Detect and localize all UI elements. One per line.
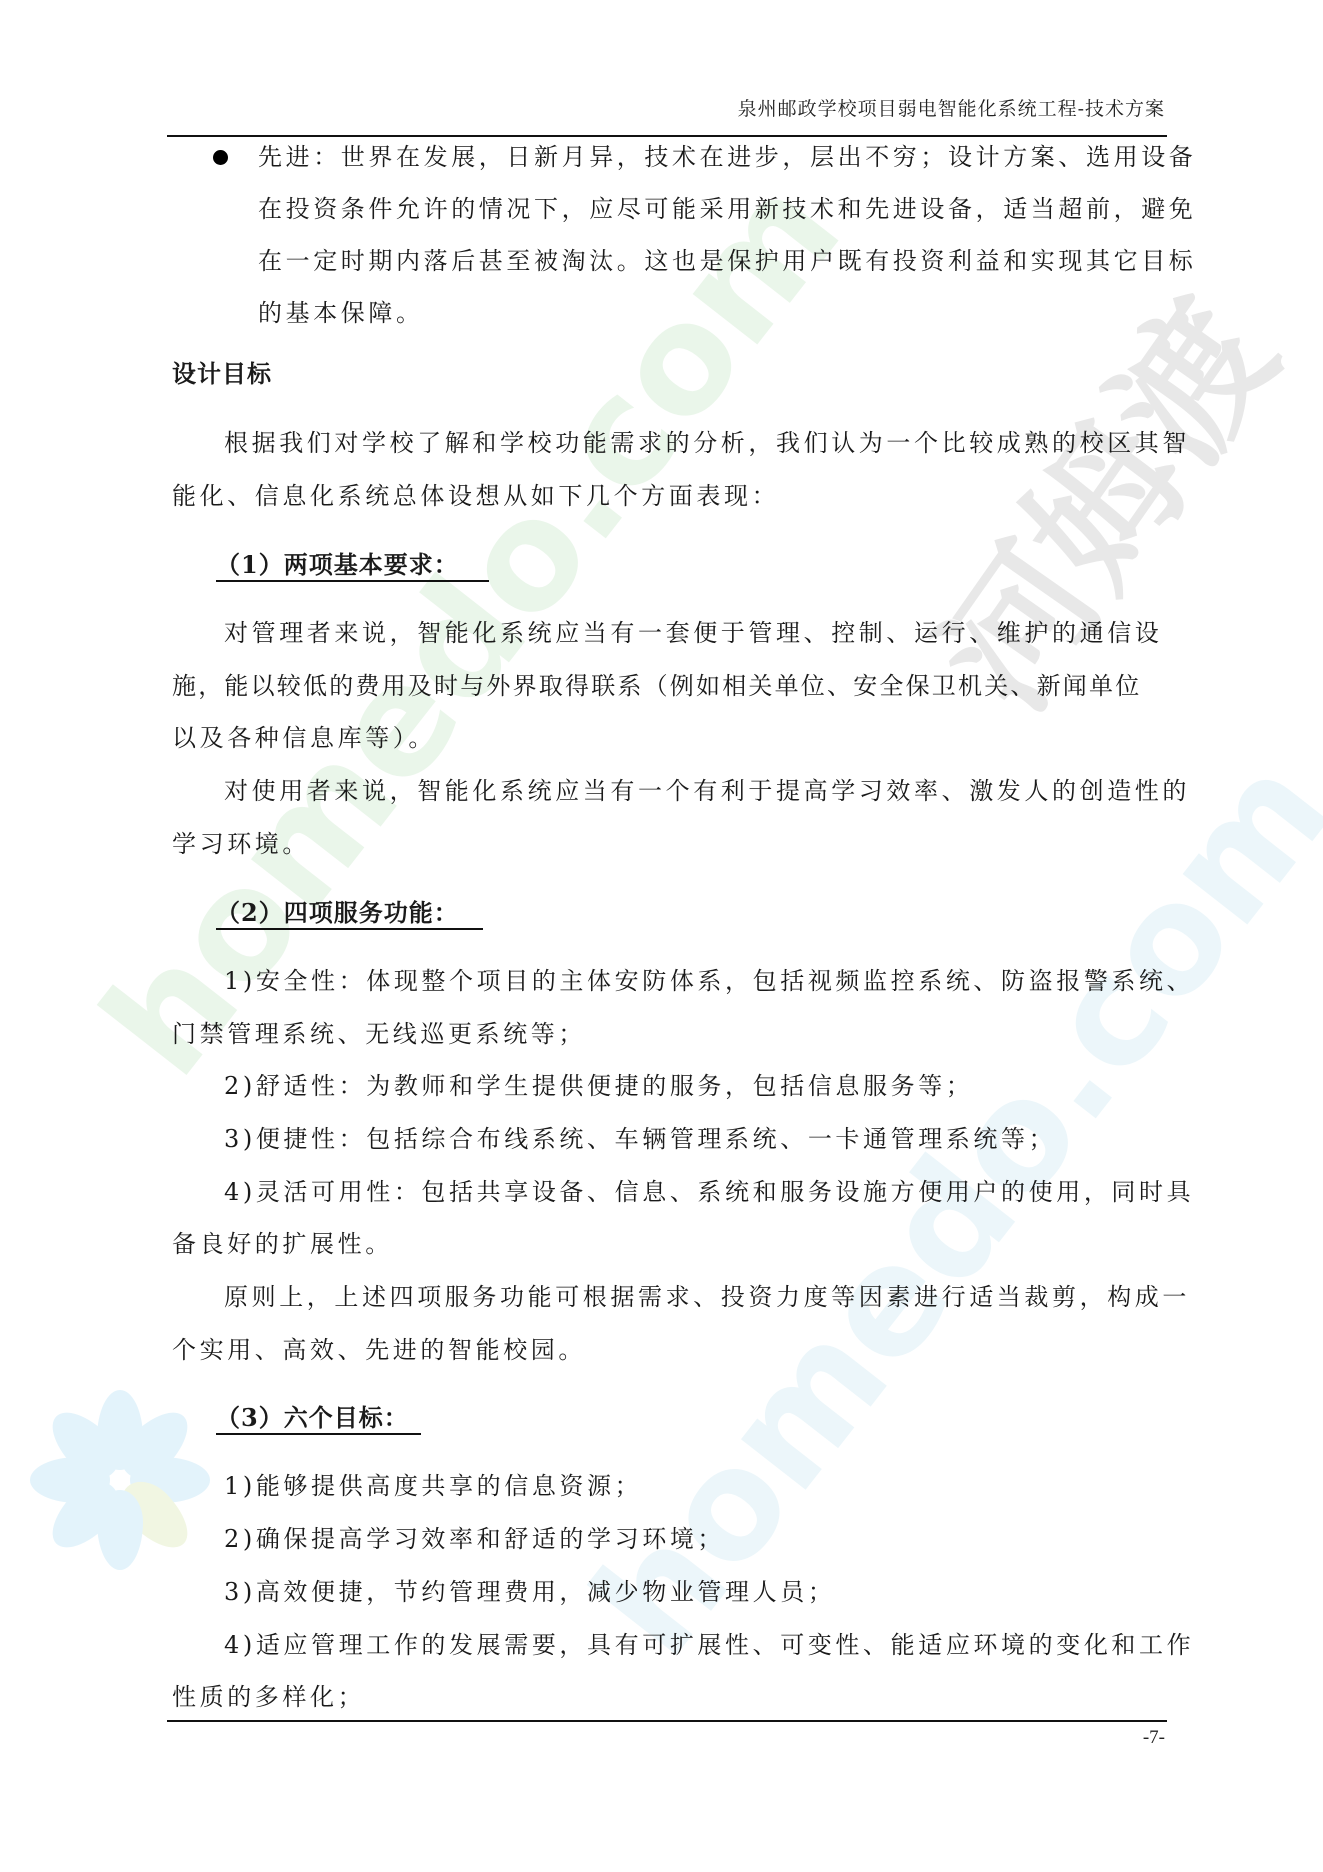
footer-rule: [167, 1720, 1167, 1722]
paragraph-line: 学习环境。: [172, 829, 310, 859]
service-line: 原则上，上述四项服务功能可根据需求、投资力度等因素进行适当裁剪，构成一: [224, 1282, 1190, 1312]
document-page: 泉州邮政学校项目弱电智能化系统工程-技术方案 先进：世界在发展，日新月异，技术在…: [0, 0, 1323, 1872]
goal-line: 4)适应管理工作的发展需要，具有可扩展性、可变性、能适应环境的变化和工作: [224, 1630, 1194, 1660]
paragraph-line: 对管理者来说，智能化系统应当有一套便于管理、控制、运行、维护的通信设: [224, 618, 1162, 648]
header-rule: [167, 135, 1167, 137]
part2-heading: （2）四项服务功能：: [216, 898, 483, 930]
service-line: 4)灵活可用性：包括共享设备、信息、系统和服务设施方便用户的使用，同时具: [224, 1177, 1194, 1207]
bullet-line: 在投资条件允许的情况下，应尽可能采用新技术和先进设备，适当超前，避免: [258, 194, 1196, 224]
paragraph-line: 对使用者来说，智能化系统应当有一个有利于提高学习效率、激发人的创造性的: [224, 776, 1190, 806]
goal-line: 性质的多样化；: [172, 1682, 365, 1712]
running-header-title: 泉州邮政学校项目弱电智能化系统工程-技术方案: [738, 94, 1165, 121]
bullet-line: 的基本保障。: [258, 298, 424, 328]
paragraph-line: 施，能以较低的费用及时与外界取得联系（例如相关单位、安全保卫机关、新闻单位: [172, 671, 1141, 701]
paragraph-line: 以及各种信息库等）。: [172, 723, 436, 753]
page-number: -7-: [1143, 1727, 1165, 1749]
service-line: 备良好的扩展性。: [172, 1229, 393, 1259]
goal-line: 2)确保提高学习效率和舒适的学习环境；: [224, 1524, 725, 1554]
part3-heading: （3）六个目标：: [216, 1403, 421, 1435]
intro-line: 能化、信息化系统总体设想从如下几个方面表现：: [172, 481, 779, 511]
bullet-line: 先进：世界在发展，日新月异，技术在进步，层出不穷；设计方案、选用设备: [258, 142, 1196, 172]
bullet-line: 在一定时期内落后甚至被淘汰。这也是保护用户既有投资利益和实现其它目标: [258, 246, 1196, 276]
section-title: 设计目标: [172, 359, 272, 389]
part1-heading: （1）两项基本要求：: [216, 550, 489, 582]
bullet-icon: [213, 150, 228, 165]
goal-line: 3)高效便捷，节约管理费用，减少物业管理人员；: [224, 1577, 835, 1607]
service-line: 2)舒适性：为教师和学生提供便捷的服务，包括信息服务等；: [224, 1071, 973, 1101]
service-line: 3)便捷性：包括综合布线系统、车辆管理系统、一卡通管理系统等；: [224, 1124, 1056, 1154]
goal-line: 1)能够提供高度共享的信息资源；: [224, 1471, 642, 1501]
service-line: 门禁管理系统、无线巡更系统等；: [172, 1019, 586, 1049]
service-line: 个实用、高效、先进的智能校园。: [172, 1335, 586, 1365]
service-line: 1)安全性：体现整个项目的主体安防体系，包括视频监控系统、防盗报警系统、: [224, 966, 1194, 996]
intro-line: 根据我们对学校了解和学校功能需求的分析，我们认为一个比较成熟的校区其智: [224, 428, 1190, 458]
